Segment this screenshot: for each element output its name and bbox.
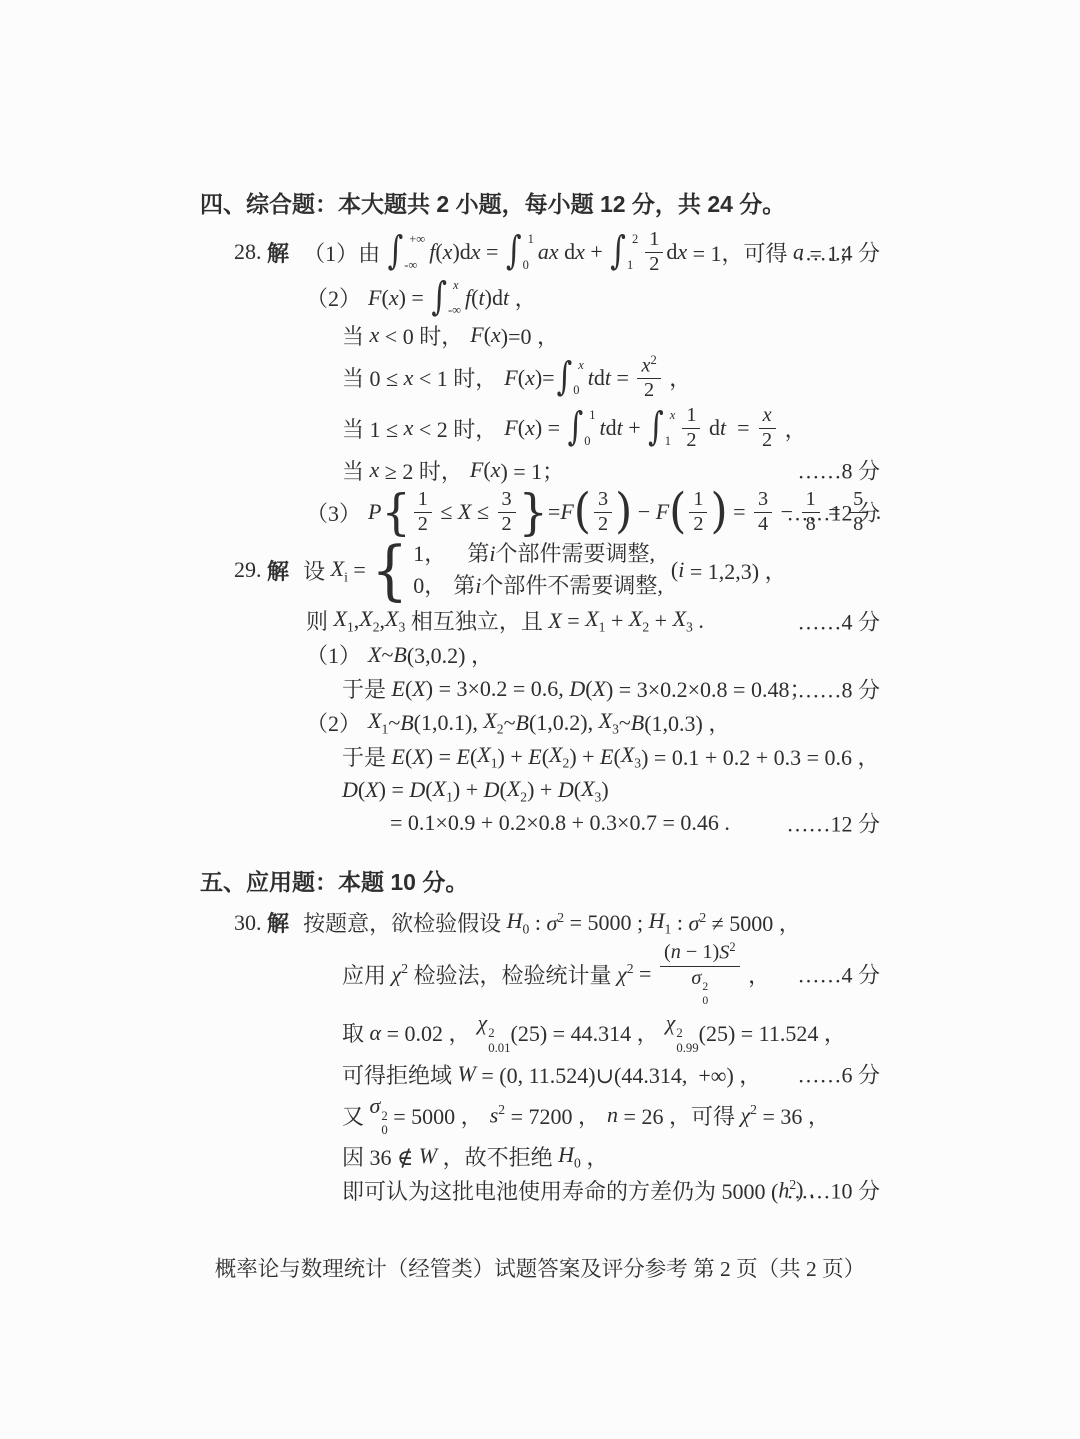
text-run: 则 [306,605,334,636]
text-run: ( [671,557,678,583]
variable: D [409,777,425,803]
line-content: 当 0 ≤ x < 1 时，F(x)=∫x0tdt = x22 ， [342,354,691,402]
text-run: ( [542,744,549,770]
text-run: = [548,499,560,525]
variable: X [365,777,378,803]
superscript: 2 [627,961,634,976]
text-run: ( [382,285,389,311]
text-run: )d [452,239,470,265]
upper-bound: x [573,359,584,372]
text-run: ) = 1； [500,455,564,486]
lower-bound: -∞ [404,259,425,272]
integral: ∫10 [568,409,598,447]
text-run: : [529,910,546,936]
subscript: 0.01 [488,1041,510,1056]
variable: F [470,322,483,348]
text-run: )= [535,365,555,391]
variable: E [456,744,469,770]
text-run: ) + [527,777,558,803]
line-content: （1）X~B(3,0.2) ， [306,639,493,670]
text-run: ( [425,777,432,803]
text-run: 又 [342,1100,370,1131]
text-run: ( [484,322,491,348]
variable: χ [740,1102,750,1127]
var-with-superscript: χ2 [617,961,634,987]
var-with-scripts: χ20.01 [478,1010,511,1055]
variable: X [621,742,634,767]
text-run: < 2 时， [413,413,497,444]
var-with-subscript: X3 [673,606,693,635]
integral-bounds: 10 [523,233,534,271]
fraction: 32 [594,489,612,536]
variable: X [334,606,347,631]
superscript: 2 [699,910,706,925]
var-with-subscript: X1 [433,776,453,805]
variable: χ [392,961,402,986]
superscript: 2 [750,1102,757,1117]
text-run: 于是 [342,673,392,704]
var-with-scripts: χ20.99 [666,1010,699,1055]
text-run: 当 0 ≤ [342,362,404,393]
text-run: d [606,415,617,441]
variable: X [385,606,398,631]
math-line: 于是 E(X) = 3×0.2 = 0.6, D(X) = 3×0.2×0.8 … [200,673,880,704]
text-run: 当 [342,455,370,486]
score-label: ……12 分 [786,808,880,839]
text-run: 可得拒绝域 [342,1059,458,1090]
var-with-subscript: X3 [599,708,619,737]
variable: x [404,365,414,391]
text-run: d [666,239,677,265]
text-run: = (0, 11.524)∪(44.314, +∞) ， [476,1059,761,1090]
fraction: 32 [498,489,516,536]
subscript: 1 [347,619,354,634]
variable: χ [617,961,627,986]
line-content: 当 x ≥ 2 时，F(x) = 1； [342,455,564,486]
math-line: 即可认为这批电池使用寿命的方差仍为 5000 (h2) .……10 分 [200,1175,880,1206]
variable: F [504,415,517,441]
var-with-subscript: X1 [368,708,388,737]
text-run: ( [518,365,525,391]
variable: F [470,457,483,483]
variable: χ [478,1010,488,1035]
integral-icon: ∫ [431,278,447,317]
script-stack: 20.99 [676,1026,698,1055]
var-with-superscript: x2 [641,354,656,378]
integral-bounds: x1 [665,409,676,447]
text-run: ( [574,777,581,803]
variable: n [671,942,681,964]
text-run: ， [779,413,807,444]
text-run: = 0.1×0.9 + 0.2×0.8 + 0.3×0.7 = 0.46 . [390,810,730,836]
text-run: = [562,608,585,634]
denominator: 2 [682,429,700,452]
text-run: ) [601,777,608,803]
text-run: ) = 3×0.2 = 0.6, [426,676,570,702]
subscript: 0 [702,994,708,1007]
variable: X [629,606,642,631]
fraction: x2 [758,405,776,452]
variable: B [631,710,644,736]
text-run: ( [500,777,507,803]
text-run: （2） [306,282,361,313]
text-run: 第 [467,538,489,570]
numerator: 3 [594,489,612,513]
subscript: 1 [599,619,606,634]
variable: X [433,776,446,801]
line-content: D(X) = D(X1) + D(X2) + D(X3) [342,776,609,805]
superscript: 2 [729,940,735,954]
variable: X [585,606,598,631]
score-label: ……4 分 [797,237,880,268]
variable: X [548,608,561,634]
text-run: = [728,499,751,525]
variable: x [491,457,501,483]
superscript: 2 [401,961,408,976]
text-run: ， [581,1141,609,1172]
variable: P [368,499,381,525]
integral-icon: ∫ [506,233,522,272]
variable: x [525,415,535,441]
text-run: ) + [498,744,529,770]
text-run: + [605,608,628,634]
var-with-superscript: σ2 [546,910,564,936]
math-line: = 0.1×0.9 + 0.2×0.8 + 0.3×0.7 = 0.46 .……… [200,808,880,838]
math-line: 可得拒绝域 W = (0, 11.524)∪(44.314, +∞) ，……6 … [200,1059,880,1090]
text-run: = 26 ，可得 [618,1100,740,1131]
denominator: 2 [640,379,658,402]
text-run: )=0 ， [501,320,559,351]
numerator: 1 [645,229,663,253]
variable: D [484,777,500,803]
integral-icon: ∫ [610,233,626,272]
text-run: = 36 ， [757,1100,830,1131]
text-run: （3） [306,497,361,528]
fraction: 12 [689,489,707,536]
text-run: 于是 [342,741,392,772]
integral: ∫21 [610,233,640,271]
variable: x [491,322,501,348]
line-content: 因 36 ∉ W ，故不拒绝 H0 ， [342,1141,608,1172]
variable: σ [688,910,699,935]
text-run: ) = 0.1 + 0.2 + 0.3 = 0.6 ， [641,741,879,772]
text-run: 即可认为这批电池使用寿命的方差仍为 5000 ( [342,1175,778,1206]
superscript: 2 [498,1102,505,1117]
integral: ∫+∞-∞ [388,233,428,271]
variable: D [342,777,358,803]
line-content: 于是 E(X) = 3×0.2 = 0.6, D(X) = 3×0.2×0.8 … [342,673,811,704]
text-run: （1）由 [303,237,386,268]
variable: x [575,239,585,265]
variable: x [471,239,481,265]
lower-bound: 0 [584,435,595,448]
integral-bounds: x0 [573,359,584,397]
text-run: ( [614,744,621,770]
var-with-subscript: X2 [507,776,527,805]
text-run: (25) = 11.524 ， [699,1017,846,1048]
math-line: 29. 解设 Xi = {1，第i个部件需要调整,0，第i个部件不需要调整,(i… [200,538,880,602]
variable: X [359,606,372,631]
integral-bounds: 10 [584,409,595,447]
denominator: 2 [689,513,707,536]
superscript: 2 [488,1026,494,1041]
text-run: 取 [342,1017,370,1048]
text-run: ( [518,415,525,441]
line-content: 又 σ20 = 5000 ，s2 = 7200 ，n = 26 ，可得 χ2 =… [342,1093,830,1138]
integral: ∫x1 [648,409,677,447]
subscript: 2 [642,619,649,634]
var-with-superscript: S2 [719,941,735,965]
text-run: + [623,415,646,441]
script-stack: 20.01 [488,1026,510,1055]
text-run: (25) = 44.314 ， [511,1017,659,1048]
math-line: 当 x < 0 时，F(x)=0 ， [200,320,880,351]
denominator: σ20 [687,967,712,1007]
subscript: 1 [446,789,453,804]
text-run: 因 36 ∉ [342,1141,419,1172]
var-with-subscript: X3 [621,742,641,771]
subscript: 1 [382,721,389,736]
text-run: ( [435,239,442,265]
text-run: = [481,239,504,265]
text-run: = [611,365,634,391]
bold-text: 解 [267,555,289,586]
var-with-subscript: X1 [585,606,605,635]
document-content: 四、综合题：本大题共 2 小题，每小题 12 分，共 24 分。28. 解（1）… [200,186,880,1206]
text-run: = 5000 ; [564,910,649,936]
superscript: 2 [650,353,656,367]
bracket-content: 32 [591,489,615,536]
var-with-subscript: X2 [629,606,649,635]
variable: X [599,708,612,733]
numerator: 3 [754,489,772,513]
var-with-superscript: χ2 [392,961,409,987]
text-run: )d [485,285,503,311]
math-line: （3）P{12 ≤ X ≤ 32}=F(32) − F(12) = 34 − 1… [200,489,880,536]
subscript: 1 [665,921,672,936]
variable: H [558,1142,574,1167]
text-run: ) = [426,744,457,770]
text-run: ) = [399,285,430,311]
lower-bound: 0 [523,259,534,272]
variable: σ [546,910,557,935]
text-run: ) + [453,777,484,803]
math-line: （2）X1~B(1,0.1), X2~B(1,0.2), X3~B(1,0.3)… [200,707,880,738]
score-label: ……8 分 [797,455,880,486]
text-run: 个部件不需要调整, [481,570,663,602]
var-with-superscript: χ2 [740,1102,757,1128]
text-run: 检验法，检验统计量 [408,959,617,990]
fraction: 12 [645,229,663,276]
line-content: 28. 解（1）由 ∫+∞-∞f(x)dx = ∫10ax dx + ∫2112… [234,229,860,276]
text-run: ~ [504,710,516,736]
text-run: 相互独立，且 [405,605,548,636]
line-content: （2）X1~B(1,0.1), X2~B(1,0.2), X3~B(1,0.3)… [306,707,730,738]
variable: B [393,642,406,668]
var-with-subscript: X3 [581,776,601,805]
subscript: 3 [399,619,406,634]
text-run: d [703,415,720,441]
text-run: 28. [234,239,267,265]
text-run: 第 [453,570,475,602]
variable: X [581,776,594,801]
subscript: 0.99 [676,1041,698,1056]
open-bracket: ( [669,492,686,532]
variable: x [443,239,453,265]
variable: X [483,708,496,733]
page-footer: 概率论与数理统计（经管类）试题答案及评分参考 第 2 页（共 2 页） [0,1252,1080,1283]
superscript: 2 [702,980,708,993]
text-run: < 0 时， [379,320,463,351]
var-with-scripts: σ20 [691,968,708,1007]
text-run: + [649,608,672,634]
text-run: ) = [379,777,410,803]
variable: W [458,1061,476,1087]
score-label: ……8 分 [797,673,880,704]
script-stack: 20 [702,980,708,1007]
text-run: d [594,365,605,391]
variable: F [560,499,573,525]
section-heading: 五、应用题：本题 10 分。 [200,864,880,897]
subscript: 3 [595,789,602,804]
variable: X [458,499,471,525]
integral-bounds: 21 [627,233,638,271]
text-run: ，故不拒绝 [437,1141,558,1172]
math-line: 当 1 ≤ x < 2 时，F(x) = ∫10tdt + ∫x112 dt =… [200,405,880,452]
cases-rows: 1，第i个部件需要调整,0，第i个部件不需要调整, [413,538,663,602]
math-line: 因 36 ∉ W ，故不拒绝 H0 ， [200,1141,880,1172]
text-run: ~ [619,710,631,736]
math-line: （1）X~B(3,0.2) ， [200,639,880,670]
variable: X [412,676,425,702]
upper-bound: 1 [523,233,534,246]
cases-row: 1，第i个部件需要调整, [413,538,655,570]
close-bracket: } [519,492,548,533]
var-with-scripts: σ20 [370,1093,388,1138]
variable: E [600,744,613,770]
math-line: 30. 解按题意，欲检验假设 H0 : σ2 = 5000 ; H1 : σ2 … [200,907,880,938]
text-run: = [634,961,657,987]
text-run: d [559,239,576,265]
text-run: < 1 时， [413,362,497,393]
integral-bounds: x-∞ [448,279,461,317]
numerator: 1 [414,489,432,513]
text-run: ≤ [435,499,458,525]
text-run: ( [483,457,490,483]
variable: X [507,776,520,801]
math-line: 当 0 ≤ x < 1 时，F(x)=∫x0tdt = x22 ， [200,354,880,402]
subscript: 0 [574,1155,581,1170]
denominator: 2 [498,513,516,536]
var-with-superscript: s2 [490,1102,505,1128]
bracket-group: (12) [669,489,727,536]
text-run: (3,0.2) ， [407,639,493,670]
text-run: ， [509,282,537,313]
line-content: 则 X1,X2,X3 相互独立，且 X = X1 + X2 + X3 . [306,605,704,636]
text-run: ， [743,959,771,990]
line-content: （2）F(x) = ∫x-∞f(t)dt ， [306,279,537,317]
text-run: ( [585,676,592,702]
variable: x [404,415,414,441]
subscript: 0 [523,921,530,936]
superscript: 2 [676,1026,682,1041]
score-label: ……4 分 [797,605,880,636]
text-run: ≤ [471,499,494,525]
text-run: (1,0.3) ， [644,707,730,738]
score-label: ……4 分 [797,959,880,990]
variable: s [490,1102,499,1127]
cases-row: 0，第i个部件不需要调整, [413,570,663,602]
numerator: 1 [682,405,700,429]
text-run: ~ [382,642,394,668]
text-run: ≠ 5000 ， [706,907,801,938]
variable: E [392,676,405,702]
upper-bound: +∞ [404,233,425,246]
math-line: 28. 解（1）由 ∫+∞-∞f(x)dx = ∫10ax dx + ∫2112… [200,229,880,276]
text-run: = 1，可得 [687,237,793,268]
text-run: （2） [306,707,361,738]
integral: ∫10 [506,233,536,271]
var-with-subscript: Xi [331,556,348,585]
variable: x [389,285,399,311]
fraction: 12 [414,489,432,536]
numerator: 3 [498,489,516,513]
line-content: = 0.1×0.9 + 0.2×0.8 + 0.3×0.7 = 0.46 . [390,810,730,836]
answer-sheet-page: 四、综合题：本大题共 2 小题，每小题 12 分，共 24 分。28. 解（1）… [0,0,1080,1439]
text-run: ( [471,285,478,311]
score-label: ……6 分 [797,1059,880,1090]
numerator: x [759,405,776,429]
upper-bound: 1 [584,409,595,422]
integral: ∫x0 [557,359,586,397]
text-run: = 7200 ， [505,1100,600,1131]
variable: D [569,676,585,702]
variable: F [504,365,517,391]
score-label: ……10 分 [786,1175,880,1206]
math-line: 取 α = 0.02 ，χ20.01(25) = 44.314 ，χ20.99(… [200,1010,880,1055]
text-run: = 5000 ， [388,1100,483,1131]
bold-text: 解 [267,237,289,268]
math-line: 应用 χ2 检验法，检验统计量 χ2 = (n − 1)S2σ20 ，……4 分 [200,941,880,1007]
numerator: (n − 1)S2 [660,941,740,967]
text-run: 当 1 ≤ [342,413,404,444]
lower-bound: -∞ [448,304,461,317]
variable: x [763,405,772,427]
variable: x [525,365,535,391]
variable: x [370,457,380,483]
text-run: ( [664,942,671,964]
line-content: 应用 χ2 检验法，检验统计量 χ2 = (n − 1)S2σ20 ， [342,941,770,1007]
close-bracket: ) [710,492,727,532]
lower-bound: 1 [627,259,638,272]
variable: X [331,556,344,581]
score-label: ……12 分 [786,497,880,528]
text-run: = [348,557,371,583]
line-content: 可得拒绝域 W = (0, 11.524)∪(44.314, +∞) ， [342,1059,761,1090]
variable: X [593,676,606,702]
math-line: 于是 E(X) = E(X1) + E(X2) + E(X3) = 0.1 + … [200,741,880,772]
subscript: 3 [686,619,693,634]
numerator: x2 [637,354,660,380]
text-run: : [671,910,688,936]
line-content: 30. 解按题意，欲检验假设 H0 : σ2 = 5000 ; H1 : σ2 … [234,907,801,938]
bracket-group: (32) [574,489,632,536]
variable: ax [538,239,559,265]
math-line: D(X) = D(X1) + D(X2) + D(X3) [200,775,880,805]
denominator: 2 [414,513,432,536]
variable: W [419,1143,437,1169]
text-run: 个部件需要调整, [495,538,655,570]
